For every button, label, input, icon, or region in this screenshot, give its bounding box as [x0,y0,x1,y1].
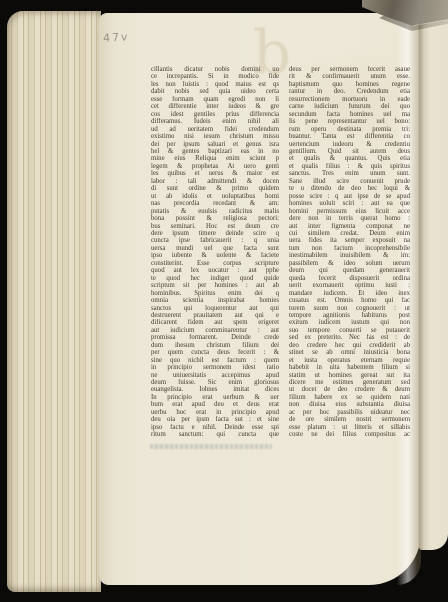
text-line: scriptum sit per homines : aut ab [151,282,279,289]
text-line: dum ihesum christum filium dei [151,342,279,349]
text-line: filium habere ex se quidem nati [289,394,410,401]
text-line: uertencium iudeoru & credentiu [289,141,410,148]
text-line: ud ad ueritatem fidei credendum [151,126,279,133]
text-line: queda fecerit disposuerit ordina [289,275,410,282]
text-line: labor : tali admittendi & docen [151,178,279,185]
text-line: mandare iudicem. Et ideo inex [289,290,410,297]
text-line: destruerent prauitatem aut qui e [151,312,279,319]
text-line: non diuisa eius substantia diuisa [289,401,410,408]
text-line: ce increpantis. Si in modico fide [151,73,279,80]
text-line: et iusta operatus eternam requie [289,357,410,364]
text-line: rum operu destinata premia tri: [289,126,410,133]
text-line: dicere me estimes generatum sed [289,379,410,386]
text-line: cuncta ipse fabricauerit : q unia [151,237,279,244]
text-line: aut iudicium comminarentur : aut [151,327,279,334]
text-line: omnia scientia inspirabat homies [151,297,279,304]
text-line: deus per sermonem fecerit asaue [289,66,410,73]
text-line: bus seminari. Hoc est deum cre [151,223,279,230]
text-line: hel & gentes baptizari eas in no [151,148,279,155]
page-edge-stack [7,11,101,592]
next-page-edge [419,14,448,550]
text-line: secundum facta homines uel ma [289,111,410,118]
text-line: les non fuistis : quod maius est qs [151,81,279,88]
text-line: exitum iudicem iustum qui non [289,319,410,326]
text-line: bum erat apud deu et deus erat [151,401,279,408]
text-column-left: cillantis dicatur nobis domini uoce incr… [151,66,279,439]
show-through-text-line [150,444,272,449]
text-line: deum fuisse. Sic enim gloriosus [151,379,279,386]
text-line: et qualis & quantus. Quis etia [289,155,410,162]
text-line: deu oia per ipsm facta sut : et sine [151,416,279,423]
text-line: sine quo nichil est factum : quem [151,357,279,364]
text-line: cet differentie inter iudeos & gre [151,103,279,110]
text-line: euangelista. Iohnes imitat dices [151,386,279,393]
text-line: lis pene representantur uel bono: [289,118,410,125]
text-line: suo tempore conuerti se putauerit [289,327,410,334]
text-line: ne uniuersitatis accepimus apud [151,372,279,379]
text-line: dere ipsum timere deinde scire q [151,230,279,237]
text-line: inestimabilem inuisibilem & im: [289,252,410,259]
text-line: uera fides ita semper exposuit na [289,237,410,244]
text-line: carne iudicium futurum dei quo [289,103,410,110]
text-line: posse scire : q aut ipse de se apud [289,193,410,200]
text-line: cusatus est. Omnis homo qui fac [289,297,410,304]
text-line: deum qui quedam generauerit [289,267,410,274]
text-line: homines uoluit sciri : aut ea que [289,200,410,207]
text-line: cui similem credat. Deum enim [289,230,410,237]
text-line: per quem cuncta deus fecerit : & [151,349,279,356]
text-line: uersa mundi uel que facta sunt [151,245,279,252]
text-line: promissa formarent. Deinde crede [151,334,279,341]
text-line: deo credere hec qui crediderit ab [289,342,410,349]
text-line: nas precordia recedant & am: [151,200,279,207]
text-line: sanctus. Tres enim unum sunt. [289,170,410,177]
text-line: cillantis dicatur nobis domini uo [151,66,279,73]
text-line: ut docet de deo credere & deum [289,386,410,393]
text-line: te quod hec indiget quod quide [151,275,279,282]
text-line: ritum sanctum: qui cuncta que [151,431,279,438]
text-line: In principio erat uerbum & uer [151,394,279,401]
text-line: de ore similem nostri sermonem [289,416,410,423]
text-column-right: deus per sermonem fecerit asauerit & con… [289,66,410,439]
text-line: quod aut lex uocatur : aut pphe [151,267,279,274]
text-line: sanctos qui loquerentur aut qui [151,305,279,312]
text-line: uerbu hoc erat in principio apud [151,409,279,416]
text-line: aut inter figmenta componat ne [289,223,410,230]
text-line: tempore agnitionis habiturus post [289,312,410,319]
text-line: ac per hoc passibilis uideatur nec [289,409,410,416]
text-line: dei per ipsum saluari et genus isra [151,141,279,148]
text-line: te u ditendo de deo hec loqui & [289,185,410,192]
text-line: sed ex preterito. Nec fas est : de [289,334,410,341]
text-line: gentilium. Quid sit autem deus [289,148,410,155]
text-line: habebit in uita habentem filium si [289,364,410,371]
text-line: hominibus. Spiritus enim dei q [151,290,279,297]
text-line: Sane illud scire conuenit prude [289,178,410,185]
text-line: esse platum : ut litteris et sillabis [289,424,410,431]
text-line: legem & prophetas At uero genti [151,163,279,170]
text-line: coste ne dei filius compositus ac [289,431,410,438]
text-line: ut ab idolis et uoluptatibus homi [151,193,279,200]
text-line: baptismum quo homines regene [289,81,410,88]
text-line: esse formam quam egredi non li [151,96,279,103]
text-line: et qualis filius : & quis spiritus [289,163,410,170]
book-scan-photo: { "page": { "folio_annotation": "47v", "… [0,0,448,602]
text-line: ipso factu e nihil. Deinde esse spi [151,424,279,431]
folio-number-annotation: 47v [103,30,130,44]
text-line: putatis & euulsis radicitus malis [151,208,279,215]
text-line: constiterint. Esse corpus scripture [151,260,279,267]
text-line: dificarent fidem aut spem erigeret [151,319,279,326]
text-line: homini permissum eius licuit acce [289,208,410,215]
text-line: passibilem & ideo solum uerum [289,260,410,267]
text-line: ipso iubente & uolente & faciete [151,252,279,259]
text-line: in principio sermonem idest ratio [151,364,279,371]
text-line: differamus. Iudeis enim nihil ali [151,118,279,125]
text-line: cos idest gentiles prius differencia [151,111,279,118]
text-line: existimo nisi iesum christum missu [151,133,279,140]
text-line: resurrectionem mortuoru in eade [289,96,410,103]
text-line: tum non factum incoprehensibile [289,245,410,252]
text-line: torem suum non cognouerit : ut [289,305,410,312]
text-line: dabit nobis sed quia uideo certa [151,88,279,95]
text-line: bona possint & religiosa pectori: [151,215,279,222]
text-line: buantur. Tanta est differentia co [289,133,410,140]
text-line: rit & confirmauerit unum esse. [289,73,410,80]
text-line: les quibus et uerus & maior est [151,170,279,177]
text-line: di sunt ordine & primo quidem [151,185,279,192]
text-line: mine eius Reliqua enim sciunt p [151,155,279,162]
text-line: uerit exornauerit optimu iusti : [289,282,410,289]
text-line: statim ut homines gereat sut ita [289,372,410,379]
text-line: stinet se ab omni iniusticia bona [289,349,410,356]
text-line: dere non in terris querat homo : [289,215,410,222]
text-line: rantur in deo. Credendum etia [289,88,410,95]
